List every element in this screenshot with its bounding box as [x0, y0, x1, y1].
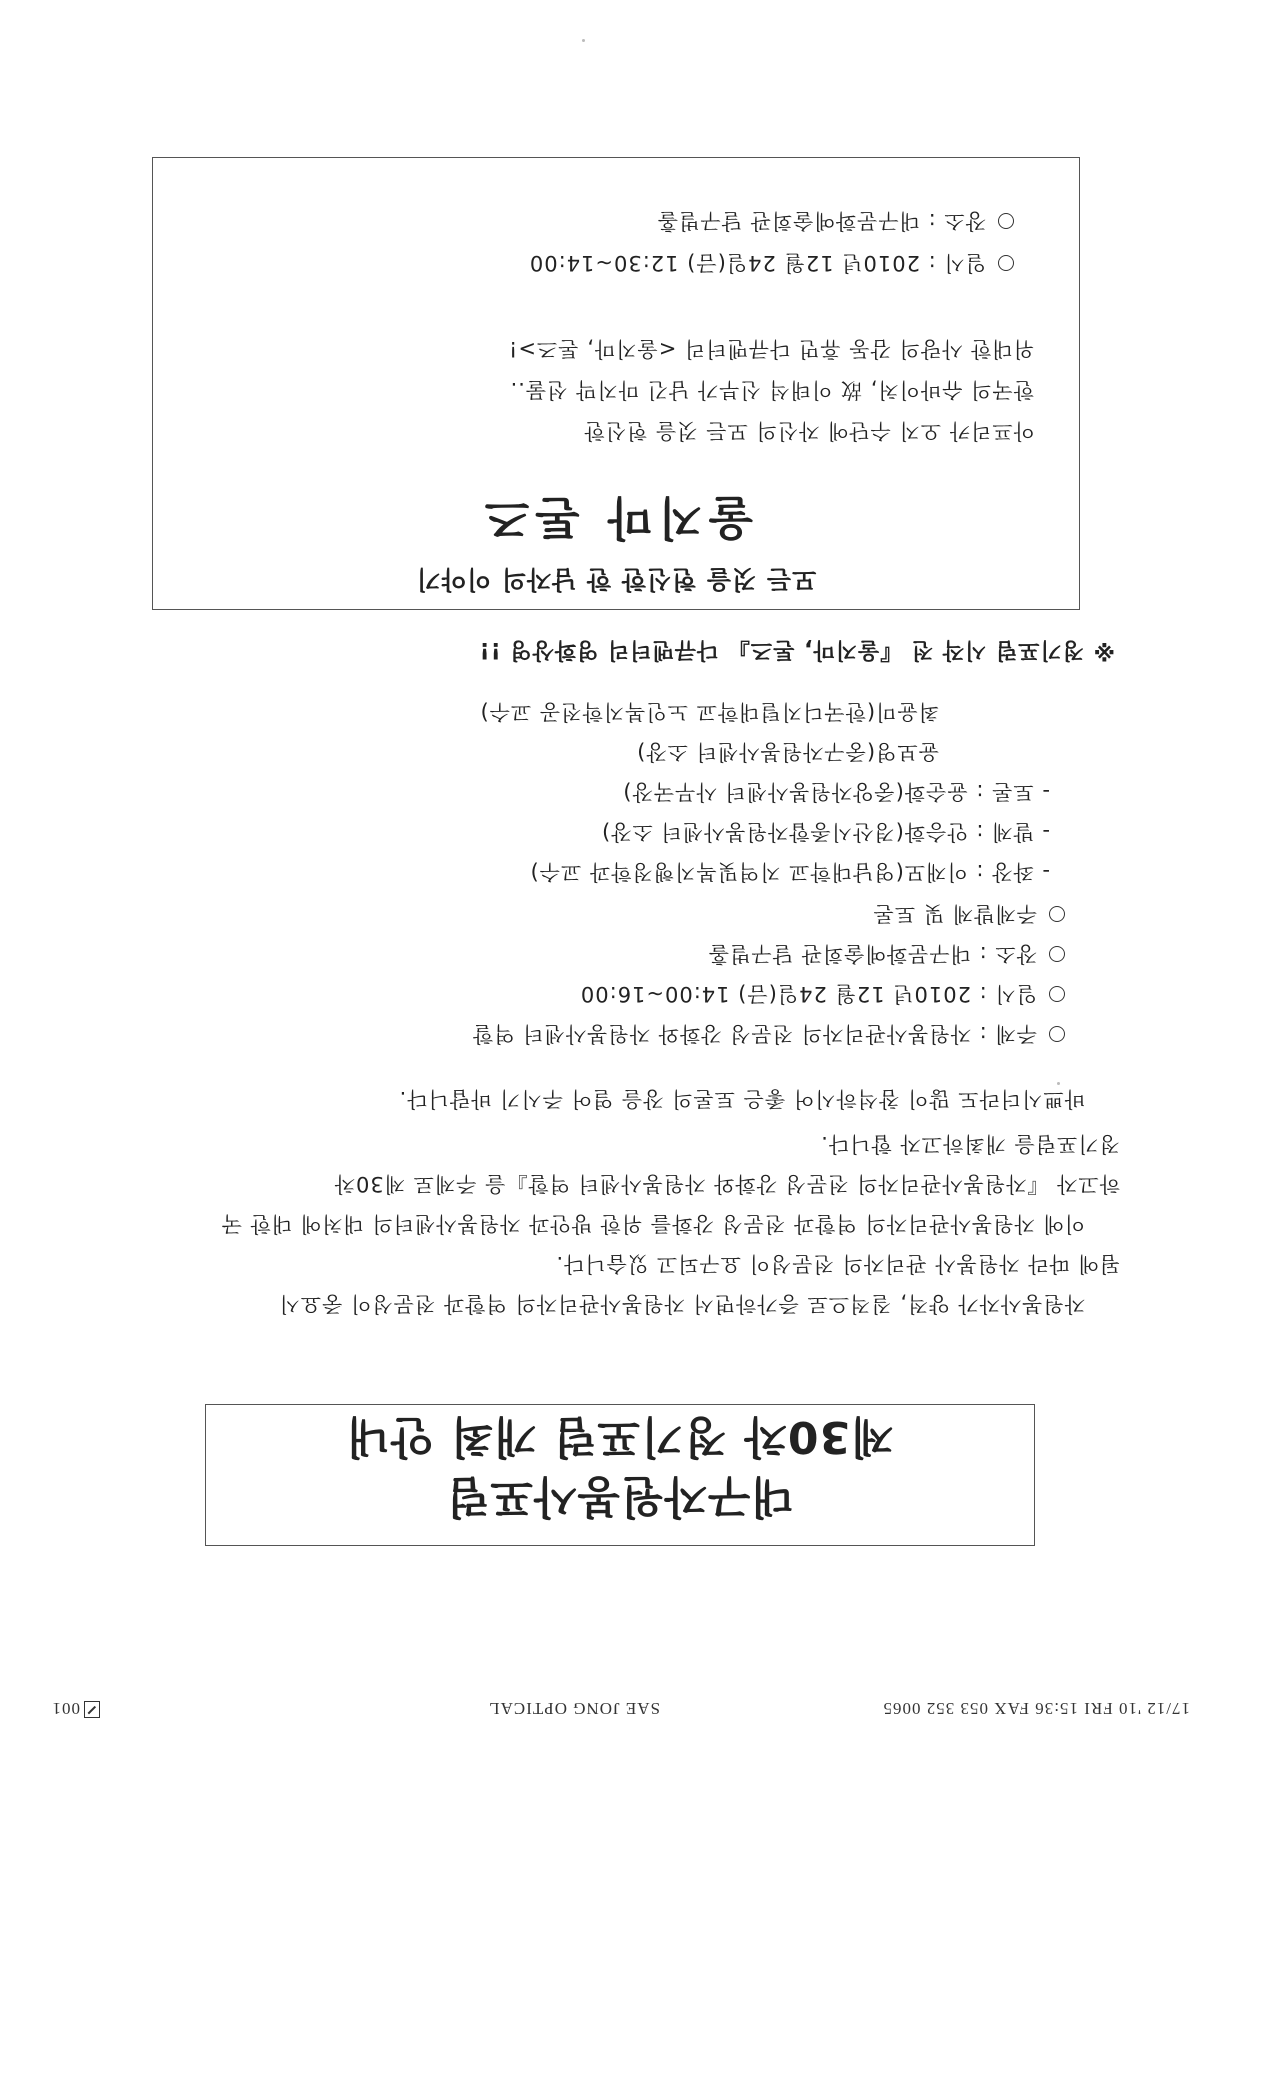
movie-screening-box: 모든 것을 헌신한 한 남자의 이야기 울지마 톤즈 아프리카 오지 수단에 자…	[152, 157, 1080, 610]
panel-role: 좌장	[991, 860, 1034, 884]
detail-label: 장소	[994, 942, 1037, 966]
intro-line-1: 자원봉사자가 양적, 질적으로 증가하면서 자원봉사관리자의 역할과 전문성이 …	[279, 1290, 1085, 1320]
detail-value: 자원봉사관리자의 전문성 강화와 자원봉사센터 역할	[472, 1022, 971, 1046]
intro-line-4: 하고자 『자원봉사관리자의 전문성 강화와 자원봉사센터 역할』을 주제로 제3…	[334, 1170, 1120, 1200]
panel-discussant-1: - 토론 : 윤순화(중앙자원봉사센터 사무국장)	[622, 778, 1050, 808]
intro-line-2: 됨에 따라 자원봉사 관리자의 전문성이 요구되고 있습니다.	[555, 1250, 1120, 1280]
detail-value: 대구문화예술회관 달구벌홀	[708, 942, 971, 966]
detail-venue: 장소 : 대구문화예술회관 달구벌홀	[708, 940, 1065, 970]
movie-venue: 장소 : 대구문화예술회관 달구벌홀	[657, 207, 1014, 237]
scan-speck	[582, 39, 585, 42]
panel-role: 토론	[991, 780, 1034, 804]
detail-label: 주제	[994, 1022, 1037, 1046]
movie-datetime: 일시 : 2010년 12월 24일(금) 12:30~14:00	[529, 249, 1014, 279]
detail-value: 2010년 12월 24일(금) 14:00~16:00	[580, 982, 971, 1006]
movie-subtitle: 모든 것을 헌신한 한 남자의 이야기	[153, 563, 1079, 599]
intro-line-6: 바쁘시더라도 많이 참석하시어 좋은 토론의 장을 열어 주시기 바랍니다.	[399, 1085, 1085, 1115]
scan-speck	[1057, 1082, 1060, 1085]
circle-bullet-icon	[998, 213, 1014, 229]
panel-presenter: - 발제 : 안승화(경산시종합자원봉사센터 소장)	[601, 818, 1050, 848]
fax-page-icon	[84, 1701, 100, 1718]
circle-bullet-icon	[1049, 946, 1065, 962]
title-event: 제30차 정기포럼 개최 안내	[206, 1409, 1034, 1473]
fax-transmission-info: 17/12 '10 FRI 15:36 FAX 053 352 0065	[883, 1698, 1190, 1718]
movie-desc-line-2: 한국의 슈바이처, 故 이태석 신부가 남긴 마지막 선물..	[510, 376, 1034, 406]
intro-line-3: 이에 자원봉사관리자의 역할과 전문성 강화를 위한 방안과 자원봉사센터의 대…	[221, 1210, 1085, 1240]
movie-desc-line-3: 위대한 사랑의 감동 휴먼 다큐멘터리 <울지마, 톤즈>!	[508, 335, 1034, 365]
movie-desc-line-1: 아프리카 오지 수단에 자신의 모든 것을 헌신한	[584, 417, 1034, 447]
panel-role: 발제	[991, 820, 1034, 844]
circle-bullet-icon	[1049, 906, 1065, 922]
detail-datetime: 일시 : 2010년 12월 24일(금) 14:00~16:00	[580, 980, 1065, 1010]
panel-moderator: - 좌장 : 이재모(영남대학교 지역및복지행정학과 교수)	[530, 858, 1050, 888]
detail-panel-heading: 주제발제 및 토론	[873, 900, 1065, 930]
detail-label: 주제발제 및 토론	[873, 902, 1037, 926]
panel-discussant-2: 윤보영(중구자원봉사센터 소장)	[636, 738, 939, 768]
title-box: 대구자원봉사포럼 제30차 정기포럼 개최 안내	[205, 1404, 1035, 1546]
panel-discussant-3: 최윤미(한국디지털대학교 노인복지학전공 교수)	[480, 698, 939, 728]
fax-page-label: 001	[52, 1699, 81, 1718]
movie-title: 울지마 톤즈	[153, 488, 1079, 554]
fax-sender-name: SAE JONG OPTICAL	[488, 1698, 660, 1718]
detail-topic: 주제 : 자원봉사관리자의 전문성 강화와 자원봉사센터 역할	[472, 1020, 1065, 1050]
fax-document-page: 17/12 '10 FRI 15:36 FAX 053 352 0065 SAE…	[0, 0, 1275, 2100]
panel-person: 이재모(영남대학교 지역및복지행정학과 교수)	[530, 860, 968, 884]
intro-line-5: 정기포럼을 개최하고자 합니다.	[820, 1130, 1120, 1160]
screening-note: ※ 정기포럼 시작 전 『울지마, 톤즈』 다큐멘터리 영화상영 !!	[479, 636, 1115, 667]
detail-label: 일시	[994, 982, 1037, 1006]
circle-bullet-icon	[1049, 986, 1065, 1002]
circle-bullet-icon	[1049, 1026, 1065, 1042]
circle-bullet-icon	[998, 255, 1014, 271]
panel-person: 윤순화(중앙자원봉사센터 사무국장)	[622, 780, 967, 804]
panel-person: 안승화(경산시종합자원봉사센터 소장)	[601, 820, 968, 844]
title-organization: 대구자원봉사포럼	[206, 1469, 1034, 1533]
fax-page-number: 001	[52, 1698, 101, 1718]
